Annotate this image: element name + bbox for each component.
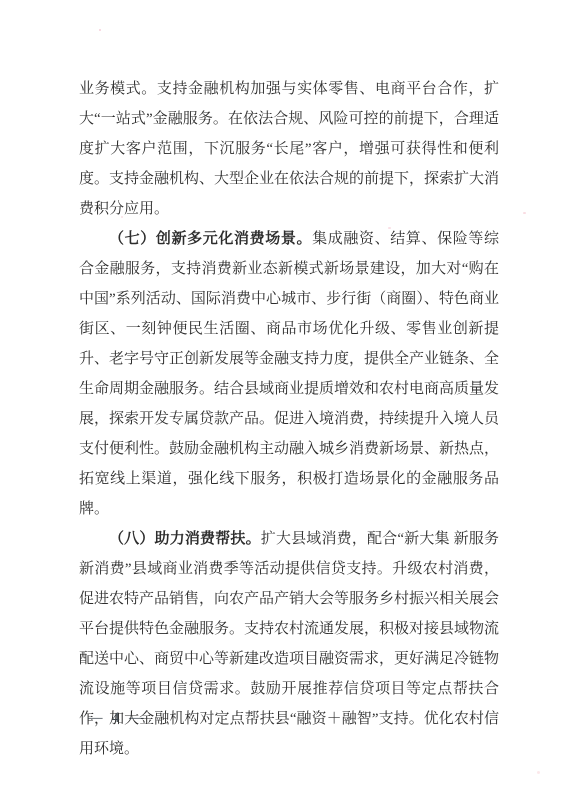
scan-noise-speck — [537, 771, 540, 774]
section-heading: （七）创新多元化消费场景。 — [109, 231, 312, 247]
document-body: 业务模式。支持金融机构加强与实体零售、电商平台合作，扩大“一站式”金融服务。在依… — [79, 74, 499, 764]
paragraph-text: 业务模式。支持金融机构加强与实体零售、电商平台合作，扩大“一站式”金融服务。在依… — [79, 81, 499, 217]
scanned-document-page: 业务模式。支持金融机构加强与实体零售、电商平台合作，扩大“一站式”金融服务。在依… — [0, 0, 573, 801]
page-number: — 4 — — [88, 708, 147, 728]
scan-noise-speck — [523, 212, 526, 214]
paragraph: （八）助力消费帮扶。扩大县域消费，配合“新大集 新服务 新消费”县域商业消费季等… — [79, 524, 499, 764]
paragraph: 业务模式。支持金融机构加强与实体零售、电商平台合作，扩大“一站式”金融服务。在依… — [79, 74, 499, 224]
paragraph-text: 集成融资、结算、保险等综合金融服务，支持消费新业态新模式新场景建设，加大对“购在… — [79, 231, 499, 517]
paragraph: （七）创新多元化消费场景。集成融资、结算、保险等综合金融服务，支持消费新业态新模… — [79, 224, 499, 524]
scan-noise-speck — [99, 29, 101, 31]
section-heading: （八）助力消费帮扶。 — [109, 531, 261, 547]
